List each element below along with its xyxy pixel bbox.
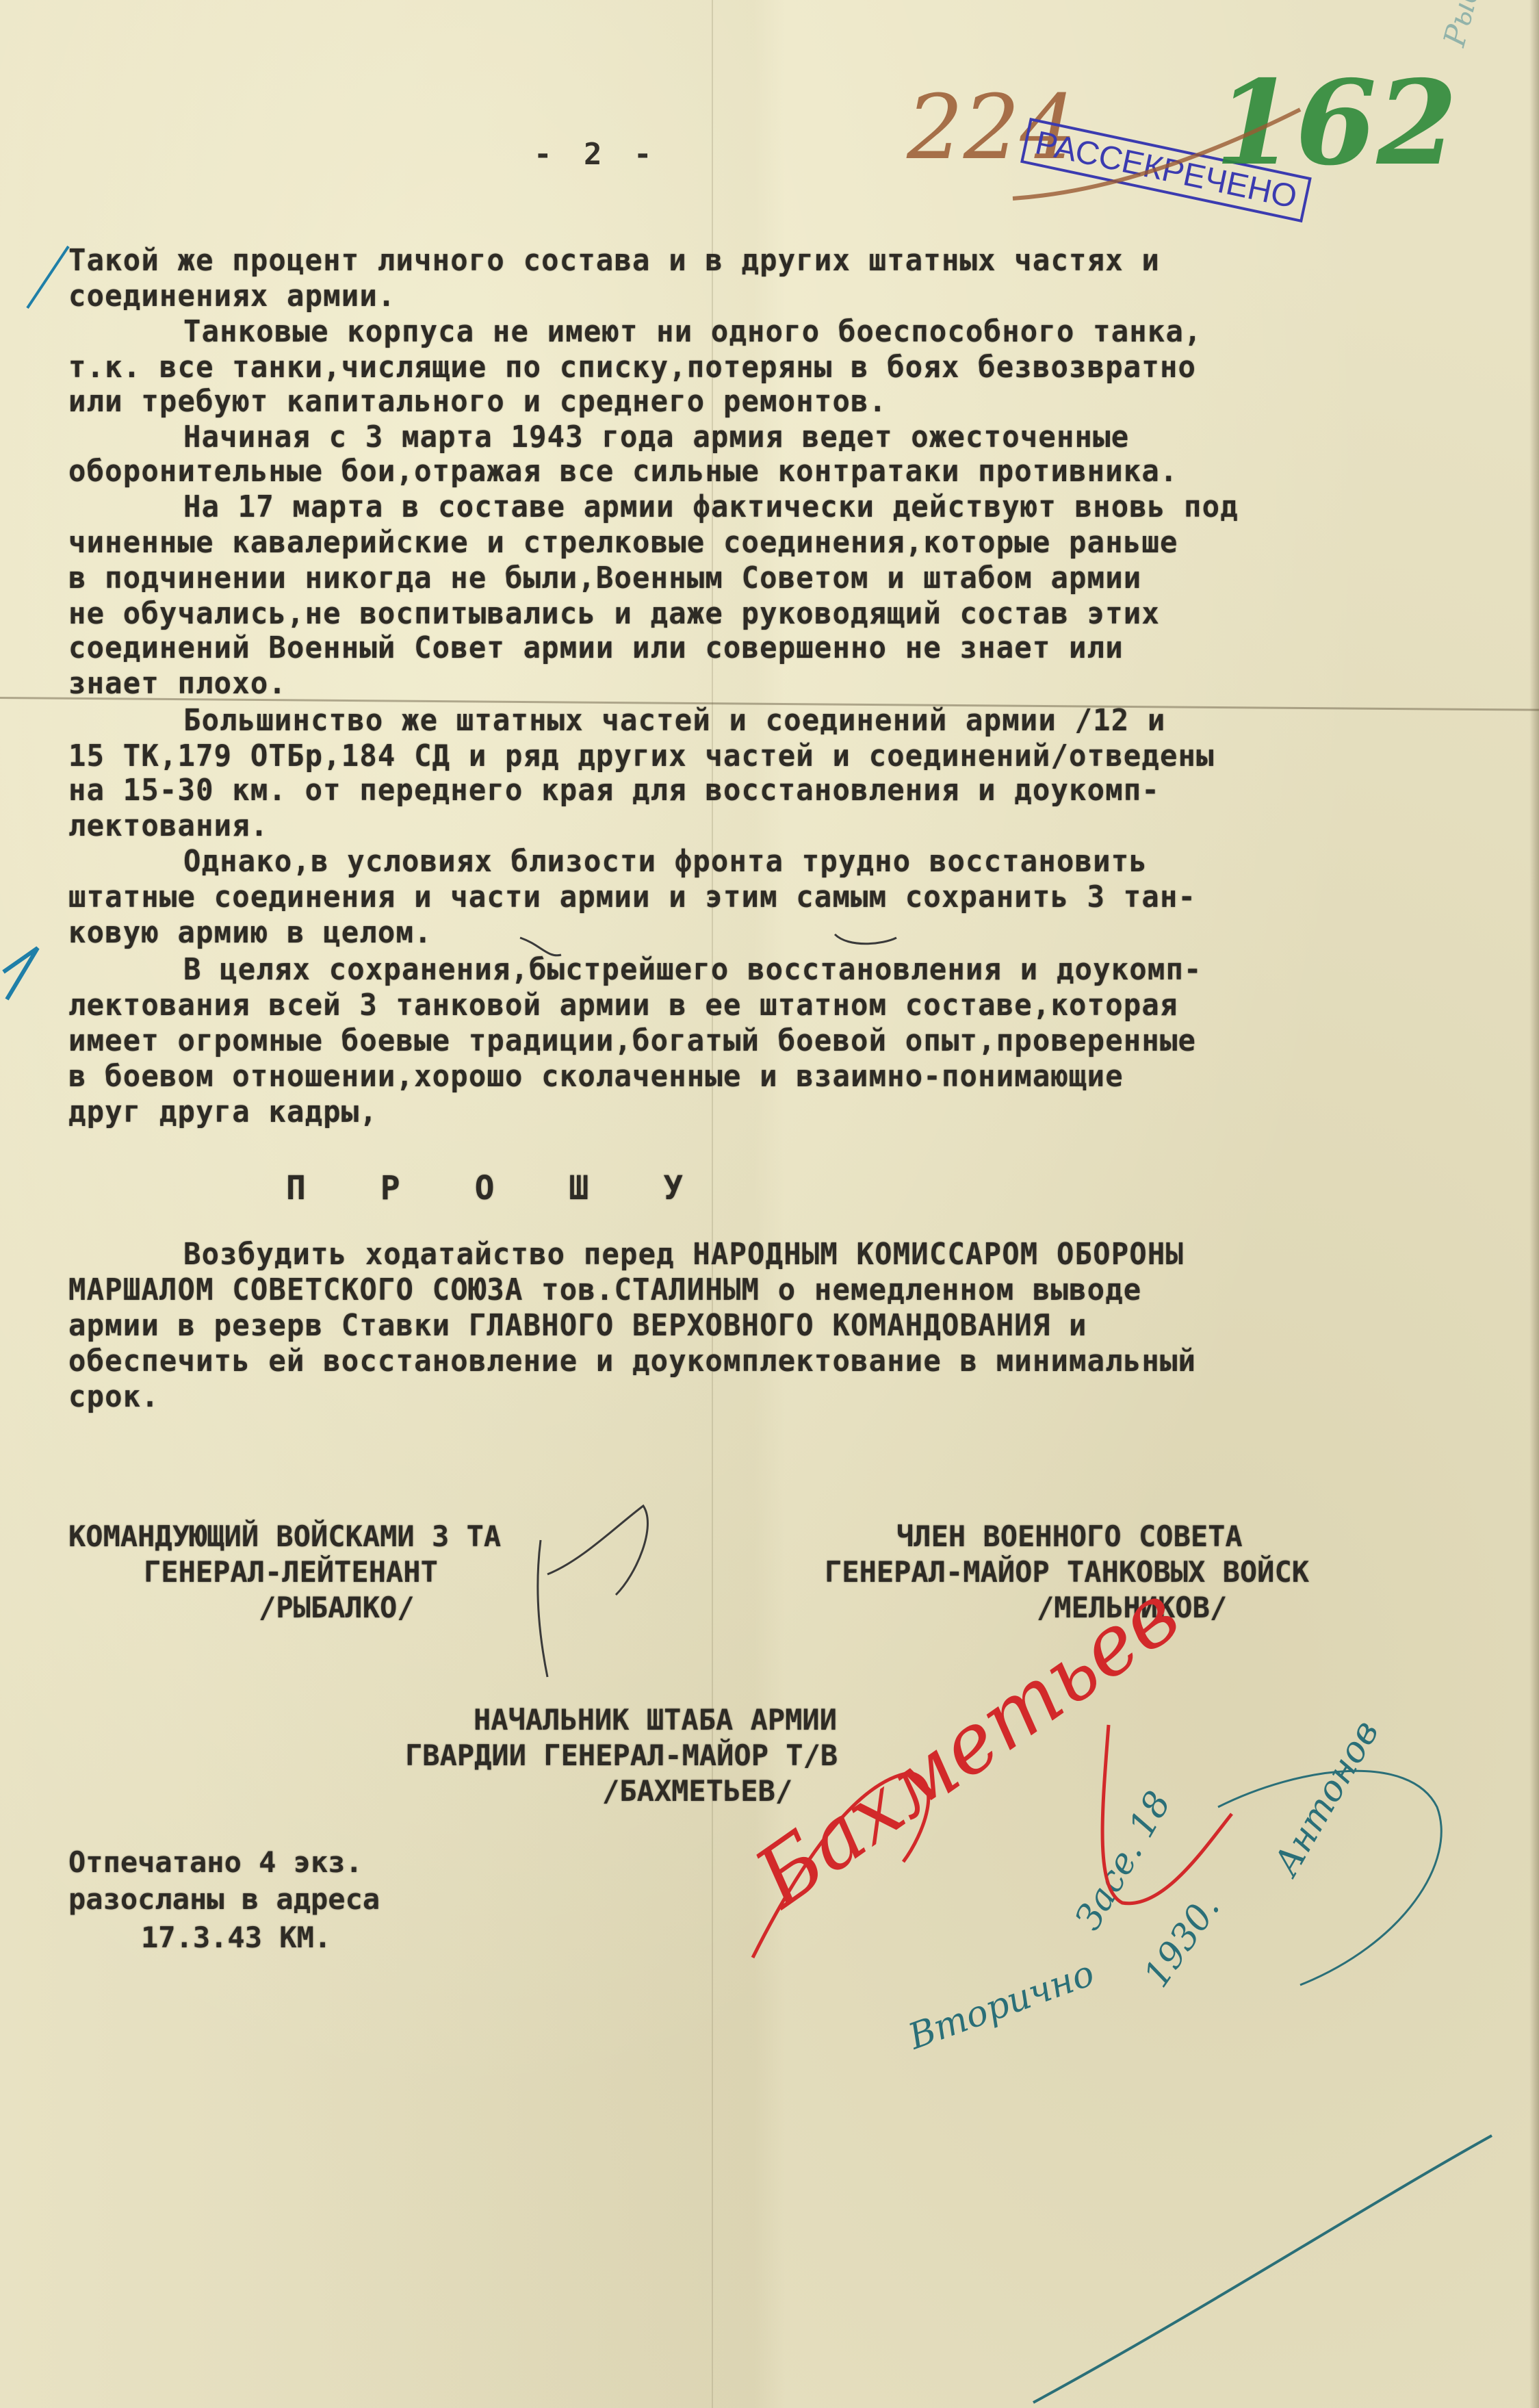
body-line: В целях сохранения,быстрейшего восстанов… [183,953,1202,987]
body-line: 15 ТК,179 ОТБр,184 СД и ряд других часте… [68,739,1215,773]
body-line: знает плохо. [68,667,287,701]
body-line: на 15-30 км. от переднего края для восст… [68,773,1160,808]
copies-line: Отпечатано 4 экз. [68,1845,363,1880]
teal-signature: Антонов [1266,1713,1387,1882]
body-line: не обучались,не воспитывались и даже рук… [68,597,1160,631]
council-member-rank: ГЕНЕРАЛ-МАЙОР ТАНКОВЫХ ВОЙСК [825,1555,1309,1589]
commander-rank: ГЕНЕРАЛ-ЛЕЙТЕНАНТ [144,1555,438,1589]
request-line: срок. [68,1380,159,1414]
body-line: т.к. все танки,числящие по списку,потеря… [68,350,1196,385]
request-line: МАРШАЛОМ СОВЕТСКОГО СОЮЗА тов.СТАЛИНЫМ о… [68,1273,1141,1307]
body-line: соединений Военный Совет армии или совер… [68,631,1124,665]
request-line: обеспечить ей восстановление и доукомпле… [68,1344,1196,1379]
body-line: Танковые корпуса не имеют ни одного боес… [183,315,1202,349]
archive-number-green: 162 [1215,55,1458,192]
commander-handwritten-signature-icon [538,1506,648,1677]
request-line: армии в резерв Ставки ГЛАВНОГО ВЕРХОВНОГ… [68,1309,1087,1343]
body-line: Однако,в условиях близости фронта трудно… [183,845,1148,879]
date-line: 17.3.43 КМ. [141,1921,331,1955]
teal-note-repeat: Вторично [903,1953,1100,2058]
pencil-mark-icon [835,934,896,944]
body-line: На 17 марта в составе армии фактически д… [183,490,1239,524]
body-line: Большинство же штатных частей и соединен… [183,704,1165,738]
chief-of-staff-name: /БАХМЕТЬЕВ/ [602,1774,792,1808]
blue-margin-line-icon [27,246,68,308]
body-line: друг друга кадры, [68,1095,378,1129]
teal-underline-icon [1033,2136,1492,2403]
teal-note-time: 1930. [1136,1888,1228,1995]
chief-of-staff-rank: ГВАРДИИ ГЕНЕРАЛ-МАЙОР Т/В [405,1739,838,1773]
body-line: лектования всей 3 танковой армии в ее шт… [68,988,1178,1023]
sent-line: разосланы в адреса [68,1882,380,1917]
body-line: Такой же процент личного состава и в дру… [68,244,1160,278]
faint-margin-note: Рыбалко Мельников [1437,0,1539,50]
council-member-title: ЧЛЕН ВОЕННОГО СОВЕТА [896,1520,1243,1554]
body-line: в подчинении никогда не были,Военным Сов… [68,561,1141,595]
commander-name: /РЫБАЛКО/ [259,1591,415,1625]
body-line: ковую армию в целом. [68,916,432,950]
commander-title: КОМАНДУЮЩИЙ ВОЙСКАМИ 3 ТА [68,1520,501,1554]
body-line: имеет огромные боевые традиции,богатый б… [68,1024,1196,1058]
body-line: чиненные кавалерийские и стрелковые соед… [68,526,1178,560]
blue-check-icon [3,948,38,999]
body-line: соединениях армии. [68,279,396,313]
request-heading: П Р О Ш У [286,1169,710,1207]
page-number: - 2 - [534,137,658,172]
body-line: в боевом отношении,хорошо сколаченные и … [68,1060,1124,1094]
paper-edge [1529,0,1539,2408]
body-line: оборонительные бои,отражая все сильные к… [68,454,1178,489]
body-line: штатные соединения и части армии и этим … [68,880,1196,914]
body-line: лектования. [68,809,268,843]
body-line: или требуют капитального и среднего ремо… [68,385,887,419]
chief-of-staff-title: НАЧАЛЬНИК ШТАБА АРМИИ [474,1703,837,1737]
body-line: Начиная с 3 марта 1943 года армия ведет … [183,420,1129,454]
request-line: Возбудить ходатайство перед НАРОДНЫМ КОМ… [183,1238,1184,1272]
teal-note-session: Засе. 18 [1068,1784,1179,1937]
